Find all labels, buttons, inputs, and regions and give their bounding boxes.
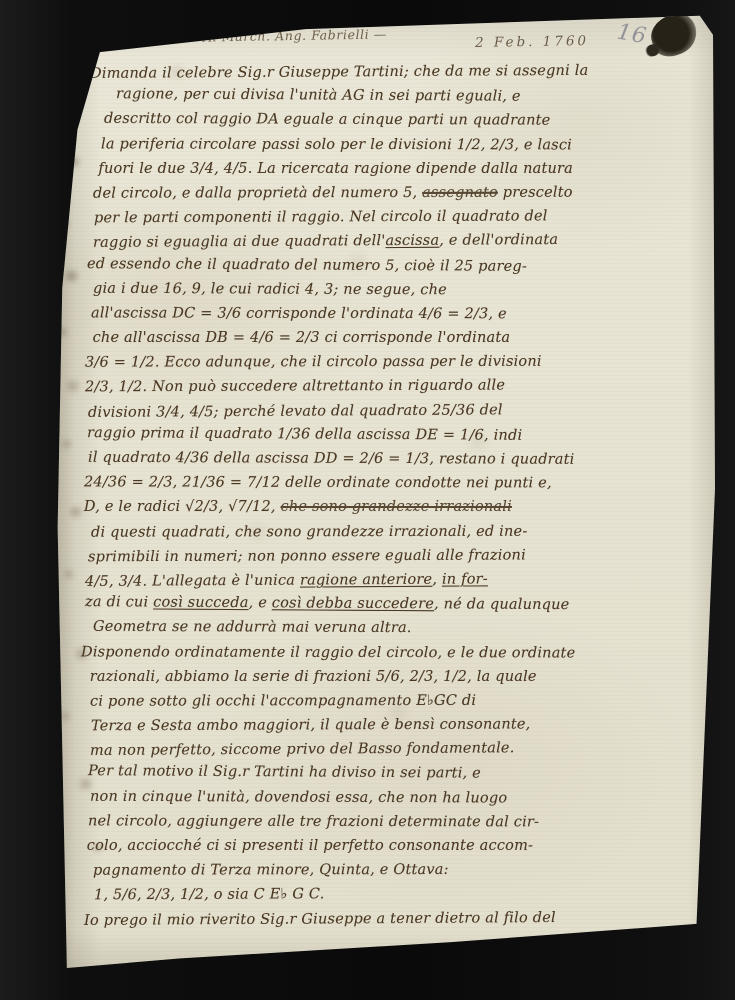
manuscript-text: nel circolo, aggiungere alle tre frazion…: [88, 813, 539, 830]
bleed-through-marks: [55, 10, 60, 14]
manuscript-line: 1, 5/6, 2/3, 1/2, o sia C E♭ G C.: [94, 881, 699, 908]
manuscript-line: Geometra se ne addurrà mai veruna altra.: [93, 615, 700, 642]
manuscript-text: all'ascissa DC = 3/6 corrisponde l'ordin…: [91, 305, 507, 322]
manuscript-text: ma non perfetto, siccome privo del Basso…: [90, 740, 515, 759]
manuscript-text: ragione, per cui divisa l'unità AG in se…: [116, 86, 521, 105]
manuscript-line: divisioni 3/4, 4/5; perché levato dal qu…: [88, 397, 699, 425]
manuscript-line: D, e le radici √2/3, √7/12, che sono gra…: [84, 495, 699, 519]
manuscript-text: ed essendo che il quadrato del numero 5,…: [87, 256, 527, 275]
manuscript-text: ci pone sotto gli occhi l'accompagnament…: [90, 693, 476, 710]
letter-body: Dimanda il celebre Sig.r Giuseppe Tartin…: [81, 60, 699, 931]
manuscript-line: Terza e Sesta ambo maggiori, il quale è …: [91, 712, 699, 739]
manuscript-line: razionali, abbiamo la serie di frazioni …: [90, 665, 699, 689]
catchword: seguente: [571, 937, 638, 955]
manuscript-text: non in cinque l'unità, dovendosi essa, c…: [90, 788, 507, 806]
manuscript-text: 2/3, 1/2. Non può succedere altrettanto …: [85, 378, 505, 396]
manuscript-text: Geometra se ne addurrà mai veruna altra.: [93, 619, 412, 636]
manuscript-text: descritto col raggio DA eguale a cinque …: [104, 111, 551, 129]
manuscript-line: non in cinque l'unità, dovendosi essa, c…: [90, 784, 699, 811]
manuscript-line: ci pone sotto gli occhi l'accompagnament…: [90, 688, 699, 713]
manuscript-text: divisioni 3/4, 4/5; perché levato dal qu…: [88, 402, 503, 421]
manuscript-line: all'ascissa DC = 3/6 corrisponde l'ordin…: [91, 301, 699, 326]
manuscript-text: il quadrato 4/36 della ascissa DD = 2/6 …: [88, 450, 575, 468]
manuscript-text: colo, acciocché ci si presenti il perfet…: [87, 838, 533, 854]
manuscript-text: , né da qualunque: [434, 596, 570, 613]
manuscript-text: la periferia circolare passi solo per le…: [101, 136, 572, 153]
manuscript-text: , e dell'ordinata: [439, 232, 558, 249]
underlined-text: così succeda: [153, 595, 249, 612]
manuscript-page: 16 Al March. Ang. Fabrielli — 2 Feb. 176…: [55, 10, 715, 968]
addressee-inscription: Al March. Ang. Fabrielli —: [203, 26, 387, 44]
manuscript-text: Terza e Sesta ambo maggiori, il quale è …: [91, 716, 531, 734]
manuscript-text: 3/6 = 1/2. Ecco adunque, che il circolo …: [85, 354, 542, 371]
manuscript-text: Io prego il mio riverito Sig.r Giuseppe …: [84, 910, 556, 929]
manuscript-line: il quadrato 4/36 della ascissa DD = 2/6 …: [88, 446, 699, 473]
manuscript-line: za di cui così succeda, e così debba suc…: [85, 590, 699, 618]
manuscript-line: nel circolo, aggiungere alle tre frazion…: [88, 809, 699, 834]
manuscript-text: per le parti componenti il raggio. Nel c…: [94, 208, 548, 226]
ink-blot: [646, 9, 702, 61]
underlined-text: ascissa: [385, 233, 439, 249]
underlined-text: in for-: [442, 571, 488, 587]
manuscript-line: Io prego il mio riverito Sig.r Giuseppe …: [84, 905, 699, 933]
manuscript-text: Per tal motivo il Sig.r Tartini ha divis…: [88, 764, 481, 782]
manuscript-line: 2/3, 1/2. Non può succedere altrettanto …: [85, 373, 699, 400]
struck-text: che sono grandezze irrazionali: [281, 499, 512, 515]
manuscript-text: del circolo, e dalla proprietà del numer…: [93, 185, 422, 202]
manuscript-line: gia i due 16, 9, le cui radici 4, 3; ne …: [93, 276, 700, 303]
manuscript-text: di questi quadrati, che sono grandezze i…: [91, 523, 527, 540]
manuscript-line: 24/36 = 2/3, 21/36 = 7/12 delle ordinate…: [84, 471, 699, 496]
date-inscription: 2 Feb. 1760: [475, 33, 589, 51]
manuscript-line: ed essendo che il quadrato del numero 5,…: [87, 252, 699, 280]
manuscript-text: raggio si eguaglia ai due quadrati dell': [93, 233, 386, 251]
manuscript-text: prescelto: [497, 185, 572, 201]
manuscript-line: del circolo, e dalla proprietà del numer…: [93, 180, 699, 205]
manuscript-line: Per tal motivo il Sig.r Tartini ha divis…: [88, 760, 699, 788]
manuscript-line: la periferia circolare passi solo per le…: [101, 132, 699, 157]
manuscript-line: pagnamento di Terza minore, Quinta, e Ot…: [93, 858, 699, 883]
manuscript-text: gia i due 16, 9, le cui radici 4, 3; ne …: [93, 280, 447, 297]
manuscript-line: descritto col raggio DA eguale a cinque …: [104, 107, 699, 134]
manuscript-line: raggio si eguaglia ai due quadrati dell'…: [93, 227, 700, 255]
manuscript-line: fuori le due 3/4, 4/5. La ricercata ragi…: [98, 157, 699, 181]
manuscript-text: 24/36 = 2/3, 21/36 = 7/12 delle ordinate…: [84, 475, 552, 492]
underlined-text: ragione anteriore: [300, 572, 432, 589]
manuscript-line: per le parti componenti il raggio. Nel c…: [94, 204, 699, 231]
manuscript-text: 1, 5/6, 2/3, 1/2, o sia C E♭ G C.: [94, 887, 325, 904]
struck-text: assegnato: [422, 185, 498, 201]
manuscript-line: Disponendo ordinatamente il raggio del c…: [81, 640, 699, 665]
manuscript-text: ,: [433, 572, 443, 588]
manuscript-text: Disponendo ordinatamente il raggio del c…: [81, 644, 575, 661]
manuscript-line: che all'ascissa DB = 4/6 = 2/3 ci corris…: [93, 326, 699, 350]
manuscript-text: che all'ascissa DB = 4/6 = 2/3 ci corris…: [93, 330, 511, 346]
manuscript-text: razionali, abbiamo la serie di frazioni …: [90, 669, 537, 685]
manuscript-line: sprimibili in numeri; non ponno essere e…: [88, 542, 699, 569]
manuscript-text: 4/5, 3/4. L'allegata è l'unica: [85, 573, 300, 590]
manuscript-text: D, e le radici √2/3, √7/12,: [84, 499, 281, 515]
manuscript-text: Dimanda il celebre Sig.r Giuseppe Tartin…: [90, 63, 588, 82]
manuscript-text: pagnamento di Terza minore, Quinta, e Ot…: [93, 862, 449, 879]
manuscript-line: di questi quadrati, che sono grandezze i…: [91, 519, 699, 544]
manuscript-line: 3/6 = 1/2. Ecco adunque, che il circolo …: [85, 350, 699, 375]
manuscript-text: raggio prima il quadrato 1/36 della asci…: [87, 425, 522, 444]
manuscript-text: za di cui: [85, 594, 153, 610]
underlined-text: così debba succedere: [272, 595, 434, 612]
folio-number: 16: [615, 20, 649, 50]
manuscript-text: fuori le due 3/4, 4/5. La ricercata ragi…: [98, 161, 573, 177]
manuscript-text: , e: [249, 595, 272, 611]
manuscript-line: raggio prima il quadrato 1/36 della asci…: [87, 421, 699, 449]
manuscript-text: sprimibili in numeri; non ponno essere e…: [88, 547, 526, 565]
manuscript-line: colo, acciocché ci si presenti il perfet…: [87, 834, 699, 858]
manuscript-line: ragione, per cui divisa l'unità AG in se…: [116, 82, 699, 110]
